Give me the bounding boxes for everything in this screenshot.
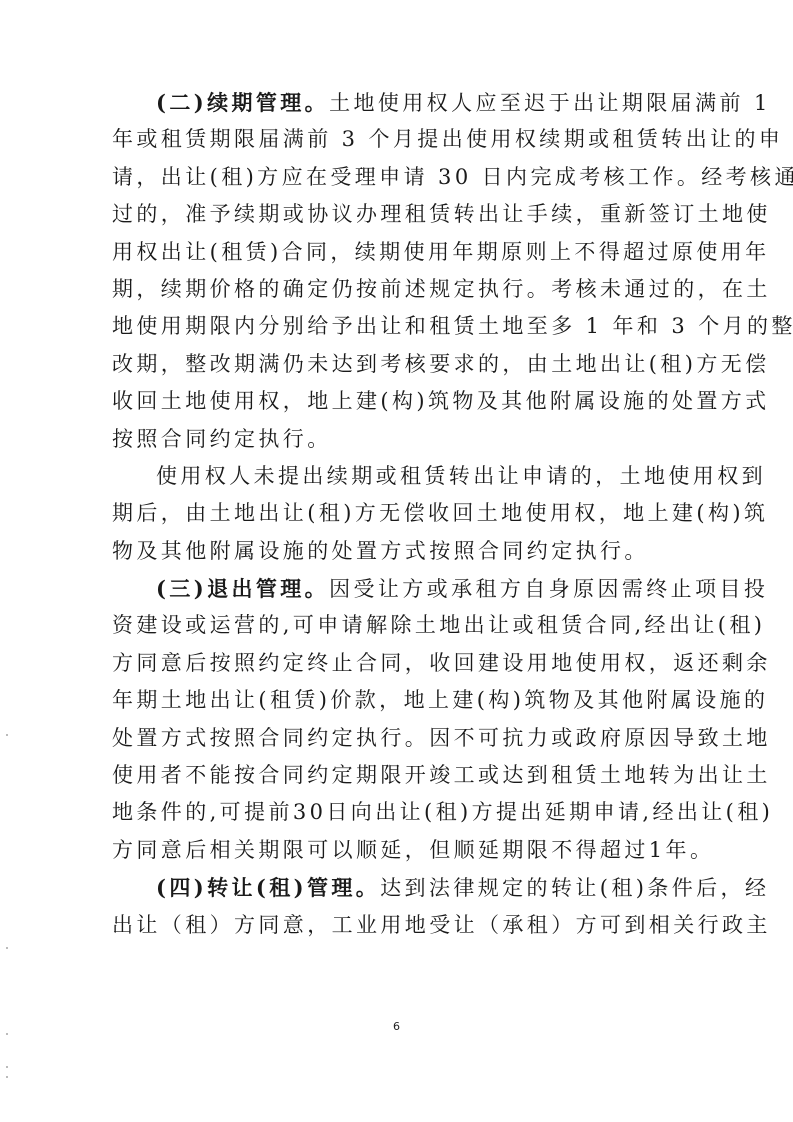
paragraph-line: 处置方式按照合同约定执行。因不可抗力或政府原因导致土地 [112, 720, 680, 757]
scan-artifact [6, 1066, 8, 1068]
paragraph-line: 收回土地使用权，地上建(构)筑物及其他附属设施的处置方式 [112, 383, 680, 420]
scan-artifact [6, 734, 8, 736]
paragraph-line: 出让（租）方同意，工业用地受让（承租）方可到相关行政主 [112, 907, 680, 944]
scan-artifact [6, 1076, 8, 1078]
paragraph-line: 使用者不能按合同约定期限开竣工或达到租赁土地转为出让土 [112, 757, 680, 794]
scan-artifact [6, 1033, 8, 1035]
page-number: 6 [0, 1020, 793, 1033]
paragraph-line: 改期，整改期满仍未达到考核要求的，由土地出让(租)方无偿 [112, 346, 680, 383]
paragraph-line: 物及其他附属设施的处置方式按照合同约定执行。 [112, 533, 680, 570]
document-page: (二)续期管理。土地使用权人应至迟于出让期限届满前 1 年或租赁期限届满前 3 … [0, 0, 793, 1122]
paragraph-line: 方同意后按照约定终止合同，收回建设用地使用权，返还剩余 [112, 645, 680, 682]
paragraph-line: 期，续期价格的确定仍按前述规定执行。考核未通过的，在土 [112, 271, 680, 308]
paragraph-line: 使用权人未提出续期或租赁转出让申请的，土地使用权到 [112, 458, 680, 495]
paragraph-line: 地条件的,可提前30日向出让(租)方提出延期申请,经出让(租) [112, 794, 680, 831]
section-heading-exit: (三)退出管理。 [156, 576, 329, 601]
section-heading-transfer: (四)转让(租)管理。 [156, 875, 380, 900]
paragraph-line: 期后，由土地出让(租)方无偿收回土地使用权，地上建(构)筑 [112, 495, 680, 532]
paragraph-line: (三)退出管理。因受让方或承租方自身原因需终止项目投 [112, 570, 680, 607]
paragraph-line: 年或租赁期限届满前 3 个月提出使用权续期或租赁转出让的申 [112, 121, 680, 158]
paragraph-line: (二)续期管理。土地使用权人应至迟于出让期限届满前 1 [112, 84, 680, 121]
body-text: (二)续期管理。土地使用权人应至迟于出让期限届满前 1 年或租赁期限届满前 3 … [112, 84, 680, 944]
section-heading-renewal: (二)续期管理。 [156, 90, 329, 115]
paragraph-line: 按照合同约定执行。 [112, 421, 680, 458]
scan-artifact [6, 947, 8, 949]
paragraph-line: 方同意后相关期限可以顺延，但顺延期限不得超过1年。 [112, 832, 680, 869]
paragraph-line: 资建设或运营的,可申请解除土地出让或租赁合同,经出让(租) [112, 607, 680, 644]
paragraph-line: 过的，准予续期或协议办理租赁转出让手续，重新签订土地使 [112, 196, 680, 233]
paragraph-line: (四)转让(租)管理。达到法律规定的转让(租)条件后，经 [112, 869, 680, 906]
paragraph-line: 年期土地出让(租赁)价款，地上建(构)筑物及其他附属设施的 [112, 682, 680, 719]
paragraph-line: 地使用期限内分别给予出让和租赁土地至多 1 年和 3 个月的整 [112, 308, 680, 345]
paragraph-line: 请，出让(租)方应在受理申请 30 日内完成考核工作。经考核通 [112, 159, 680, 196]
paragraph-line: 用权出让(租赁)合同，续期使用年期原则上不得超过原使用年 [112, 234, 680, 271]
